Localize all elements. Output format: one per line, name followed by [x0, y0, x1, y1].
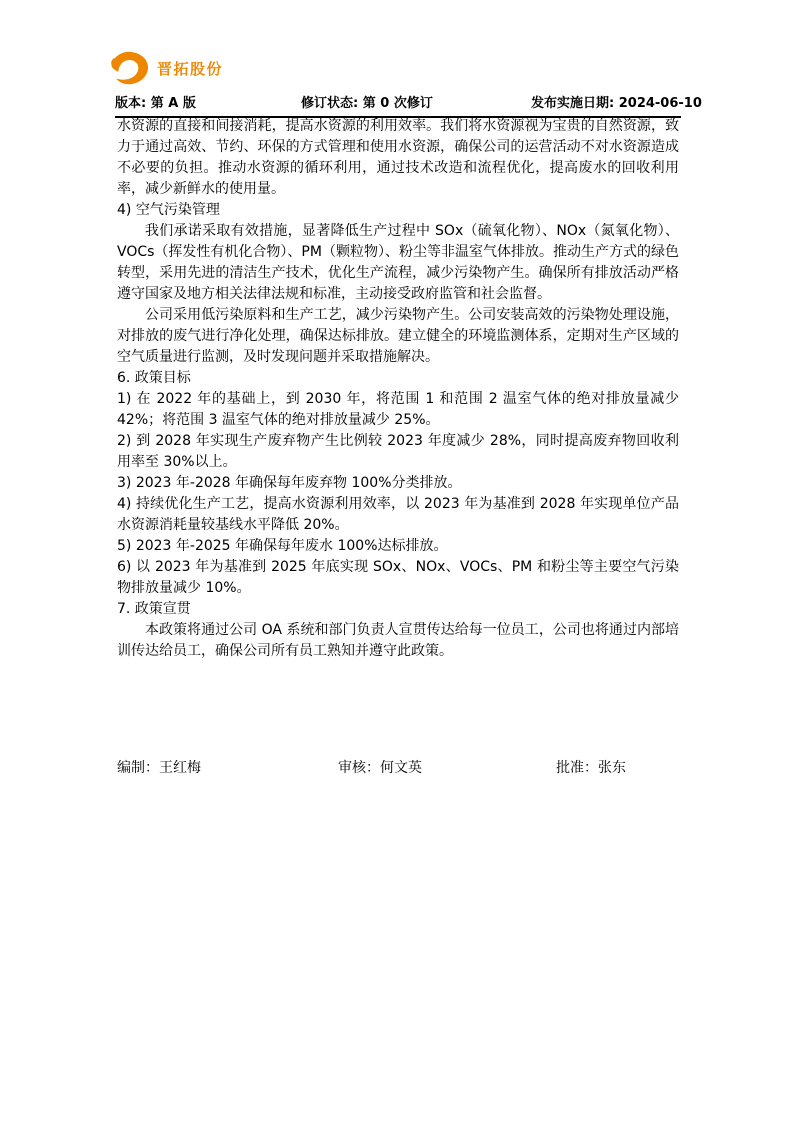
section-heading: 6. 政策目标 [117, 368, 679, 389]
paragraph: 1) 在 2022 年的基础上，到 2030 年，将范围 1 和范围 2 温室气… [117, 389, 679, 431]
company-logo-icon [107, 49, 152, 87]
document-header: 版本: 第 A 版 修订状态: 第 0 次修订 发布实施日期: 2024-06-… [115, 92, 681, 118]
revision-status-label: 修订状态: 第 0 次修订 [301, 92, 531, 111]
paragraph: 4) 持续优化生产工艺，提高水资源利用效率，以 2023 年为基准到 2028 … [117, 494, 679, 536]
document-body: 水资源的直接和间接消耗，提高水资源的利用效率。我们将水资源视为宝贵的自然资源，致… [117, 116, 679, 662]
version-label: 版本: 第 A 版 [115, 92, 301, 111]
paragraph: 2) 到 2028 年实现生产废弃物产生比例较 2023 年度减少 28%，同时… [117, 431, 679, 473]
company-logo: 晋拓股份 [107, 49, 223, 87]
prepared-by-label: 编制：王红梅 [117, 757, 338, 777]
paragraph: 我们承诺采取有效措施，显著降低生产过程中 SOx（硫氧化物）、NOx（氮氧化物）… [117, 221, 679, 305]
company-logo-text: 晋拓股份 [157, 58, 223, 79]
signature-row: 编制：王红梅 审核：何文英 批准：张东 [117, 757, 679, 777]
paragraph: 3) 2023 年-2028 年确保每年废弃物 100%分类排放。 [117, 473, 679, 494]
section-heading: 4) 空气污染管理 [117, 200, 679, 221]
paragraph: 本政策将通过公司 OA 系统和部门负责人宣贯传达给每一位员工，公司也将通过内部培… [117, 620, 679, 662]
paragraph: 5) 2023 年-2025 年确保每年废水 100%达标排放。 [117, 536, 679, 557]
approved-by-label: 批准：张东 [556, 757, 679, 777]
section-heading: 7. 政策宣贯 [117, 599, 679, 620]
release-date-label: 发布实施日期: 2024-06-10 [531, 92, 702, 111]
paragraph: 6) 以 2023 年为基准到 2025 年底实现 SOx、NOx、VOCs、P… [117, 557, 679, 599]
paragraph: 公司采用低污染原料和生产工艺，减少污染物产生。公司安装高效的污染物处理设施，对排… [117, 305, 679, 368]
paragraph: 水资源的直接和间接消耗，提高水资源的利用效率。我们将水资源视为宝贵的自然资源，致… [117, 116, 679, 200]
reviewed-by-label: 审核：何文英 [338, 757, 556, 777]
document-page: 晋拓股份 版本: 第 A 版 修订状态: 第 0 次修订 发布实施日期: 202… [0, 0, 794, 1123]
